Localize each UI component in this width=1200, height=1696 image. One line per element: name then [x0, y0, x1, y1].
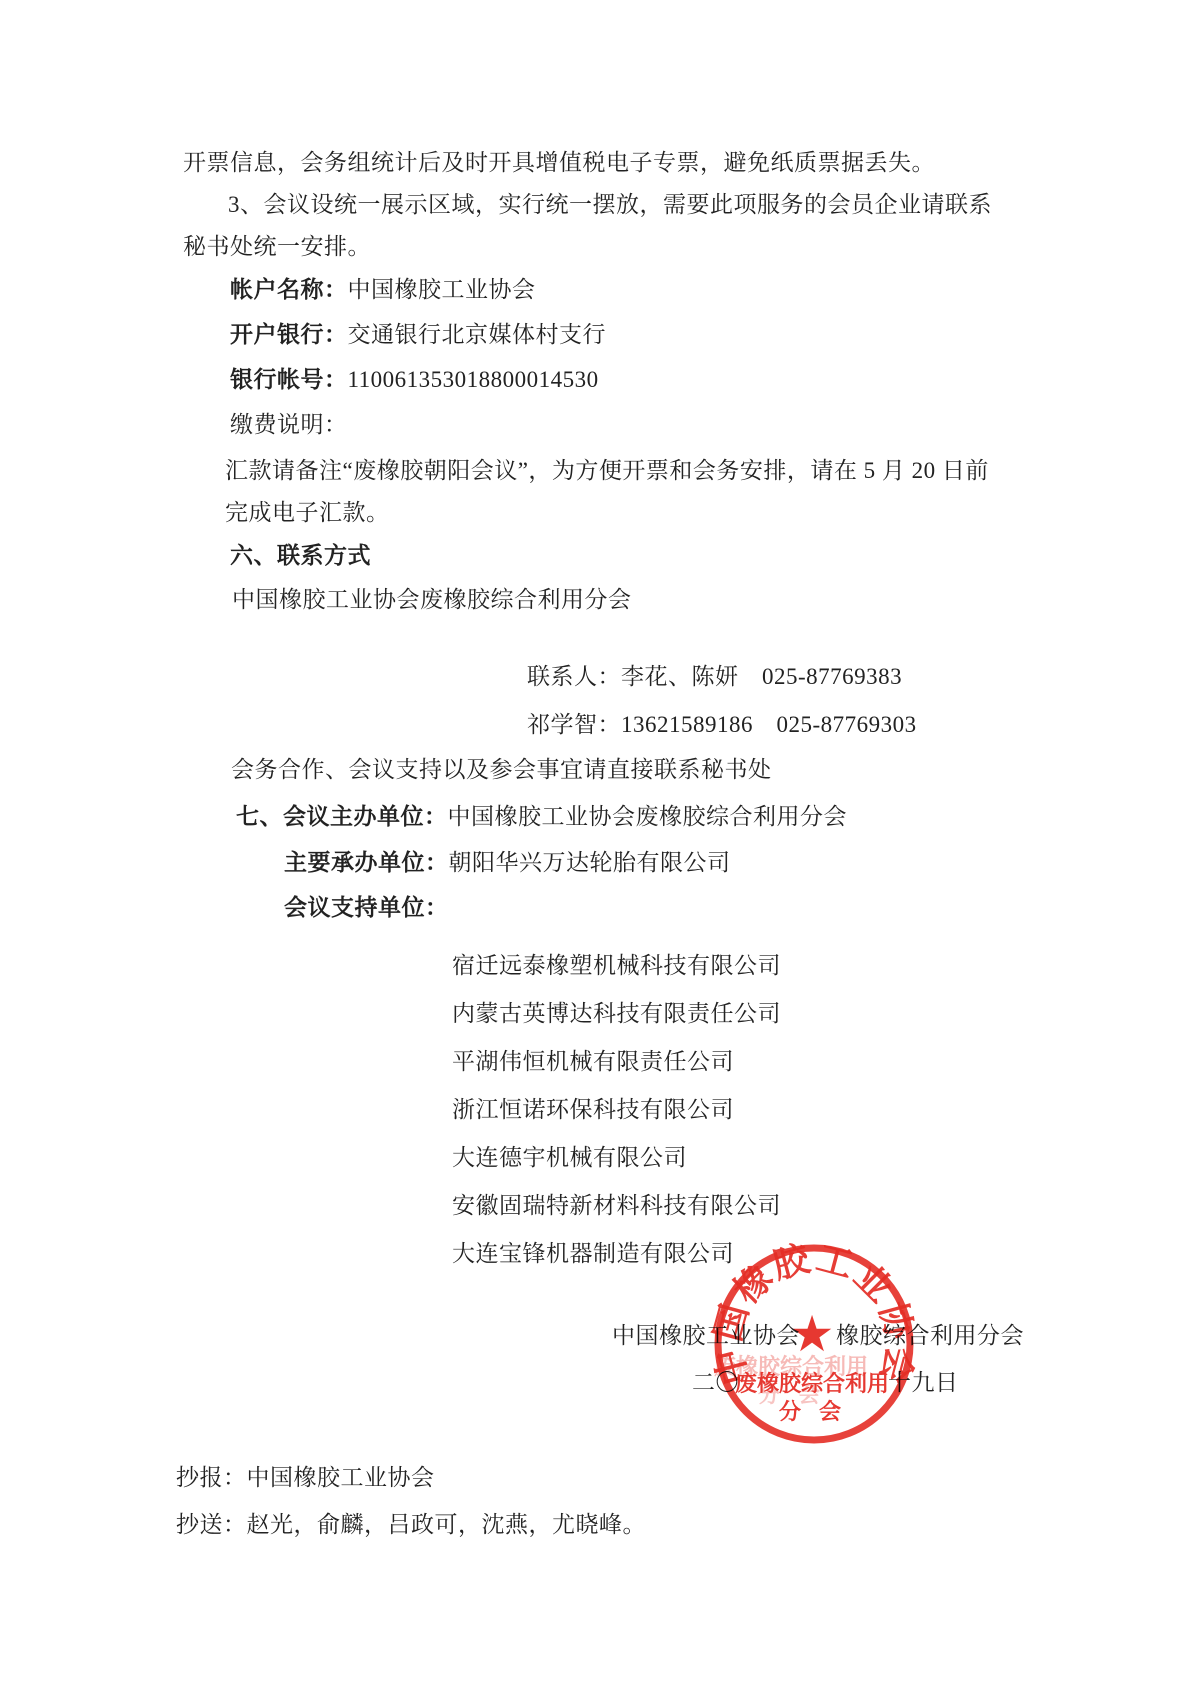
bank-label: 开户银行：	[230, 322, 348, 347]
supporter-item: 浙江恒诺环保科技有限公司	[452, 1095, 734, 1125]
bank-value: 交通银行北京媒体村支行	[348, 322, 607, 347]
supporter-item: 宿迁远泰橡塑机械科技有限公司	[452, 951, 781, 981]
paragraph-continuation-line: 开票信息，会务组统计后及时开具增值税电子专票，避免纸质票据丢失。	[183, 148, 935, 178]
seal-center-line2: 分 会	[779, 1399, 847, 1424]
copy-report-line: 抄报：中国橡胶工业协会	[176, 1463, 435, 1493]
cooperation-note: 会务合作、会议支持以及参会事宜请直接联系秘书处	[231, 755, 772, 785]
signoff-org-right: 橡胶综合利用分会	[836, 1321, 1024, 1351]
host-value: 朝阳华兴万达轮胎有限公司	[449, 850, 731, 875]
seal-center-line1: 废橡胶综合利用	[735, 1371, 889, 1396]
supporter-item: 大连宝锋机器制造有限公司	[452, 1239, 734, 1269]
scanned-document-page: { "document": { "paragraph_continuation"…	[0, 0, 1200, 1696]
item3-line2: 秘书处统一安排。	[183, 232, 371, 262]
payment-note-label: 缴费说明：	[230, 410, 348, 440]
signoff-date-left: 二〇	[692, 1368, 739, 1398]
seal-ring-text: 中国橡胶工业协会	[708, 1238, 920, 1389]
section6-organization: 中国橡胶工业协会废橡胶综合利用分会	[232, 585, 632, 615]
item3-line1: 3、会议设统一展示区域，实行统一摆放，需要此项服务的会员企业请联系	[228, 190, 992, 220]
host-label: 主要承办单位：	[284, 850, 449, 875]
supporter-item: 安徽固瑞特新材料科技有限公司	[452, 1191, 781, 1221]
svg-text:中国橡胶工业协会: 中国橡胶工业协会	[708, 1238, 920, 1389]
signoff-org-left: 中国橡胶工业协会	[612, 1321, 800, 1351]
contact-line-2: 祁学智：13621589186 025-87769303	[527, 710, 917, 740]
account-name-line: 帐户名称：中国橡胶工业协会	[230, 275, 536, 305]
host-line: 主要承办单位：朝阳华兴万达轮胎有限公司	[284, 848, 731, 878]
section7-heading-line: 七、会议主办单位：中国橡胶工业协会废橡胶综合利用分会	[236, 802, 847, 832]
section7-heading: 七、会议主办单位：	[236, 804, 448, 829]
payment-note-line1: 汇款请备注“废橡胶朝阳会议”，为方便开票和会务安排，请在 5 月 20 日前	[225, 456, 989, 486]
section6-heading: 六、联系方式	[230, 541, 371, 571]
section7-organizer: 中国橡胶工业协会废橡胶综合利用分会	[448, 804, 848, 829]
payment-note-line2: 完成电子汇款。	[225, 498, 390, 528]
supporter-item: 大连德宇机械有限公司	[452, 1143, 687, 1173]
signoff-date-right: 十九日	[888, 1368, 959, 1398]
account-number-value: 110061353018800014530	[348, 367, 599, 392]
supporter-item: 内蒙古英博达科技有限责任公司	[452, 999, 781, 1029]
account-number-label: 银行帐号：	[230, 367, 348, 392]
account-number-line: 银行帐号：110061353018800014530	[230, 365, 599, 395]
copy-send-line: 抄送：赵光，俞麟，吕政可，沈燕，尤晓峰。	[176, 1510, 646, 1540]
supporter-item: 平湖伟恒机械有限责任公司	[452, 1047, 734, 1077]
account-name-label: 帐户名称：	[230, 277, 348, 302]
account-name-value: 中国橡胶工业协会	[348, 277, 536, 302]
seal-ghost-line2: 分 会	[758, 1382, 826, 1407]
support-units-label: 会议支持单位：	[284, 893, 449, 923]
contact-line-1: 联系人：李花、陈妍 025-87769383	[527, 662, 902, 692]
bank-line: 开户银行：交通银行北京媒体村支行	[230, 320, 606, 350]
